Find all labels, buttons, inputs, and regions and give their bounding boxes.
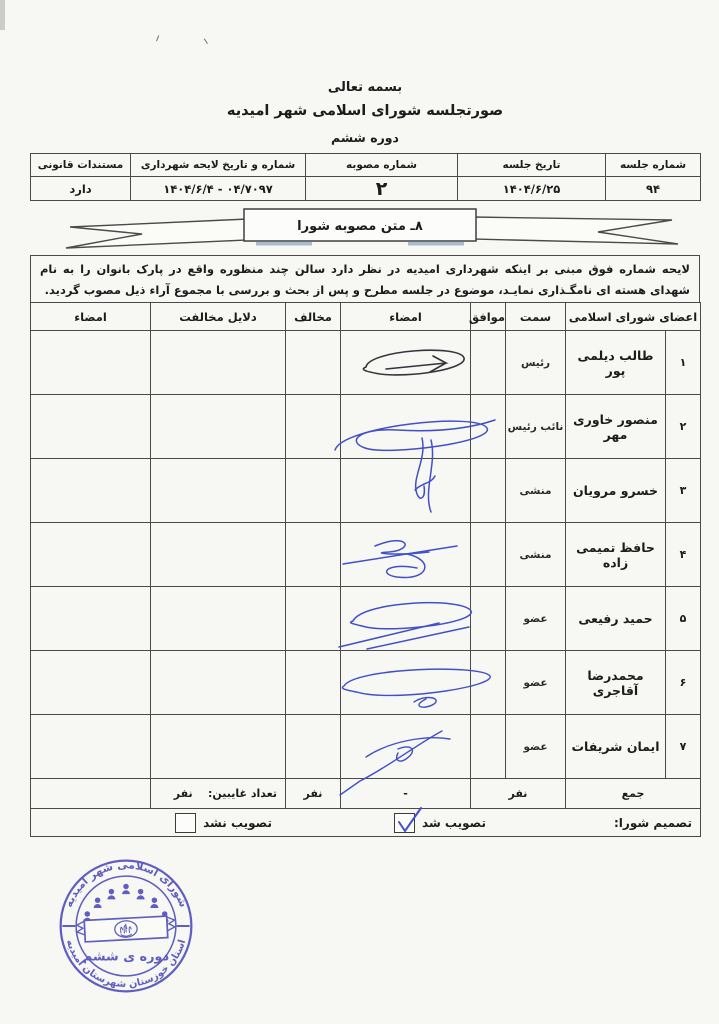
resolution-number-label: شماره مصوبه bbox=[306, 154, 458, 177]
signature-cell bbox=[341, 395, 471, 459]
stamp-graphic: شورای اسلامی شهر امیدیه استان خوزستان شه… bbox=[40, 840, 212, 1012]
document-title: صورتجلسه شورای اسلامی شهر امیدیه bbox=[30, 103, 700, 119]
member-name: خسرو مرویان bbox=[566, 459, 666, 523]
check-mark-icon bbox=[393, 806, 425, 836]
members-votes-table: اعضای شورای اسلامی سمت موافق امضاء مخالف… bbox=[30, 302, 701, 837]
absent-value: نفر bbox=[174, 787, 193, 800]
decision-label: تصمیم شورا: bbox=[614, 816, 692, 830]
member-position: رئیس bbox=[506, 331, 566, 395]
session-info-table: شماره جلسه تاریخ جلسه شماره مصوبه شماره … bbox=[30, 153, 701, 201]
totals-signature-dash: - bbox=[341, 779, 471, 809]
session-number-value: ۹۴ bbox=[606, 177, 701, 201]
disagree-cell bbox=[286, 331, 341, 395]
agree-cell bbox=[471, 587, 506, 651]
ribbon-title: ۸ـ متن مصوبه شورا bbox=[297, 219, 423, 234]
signature2-cell bbox=[31, 715, 151, 779]
row-number: ۲ bbox=[666, 395, 701, 459]
member-row: ۵ حمید رفیعی عضو bbox=[31, 587, 701, 651]
resolution-number-value: ۲ bbox=[306, 177, 458, 201]
signature-row-1 bbox=[338, 335, 488, 393]
ribbon-left-tail bbox=[66, 219, 248, 248]
signature-cell bbox=[341, 523, 471, 587]
signature2-cell bbox=[31, 331, 151, 395]
bismillah-line: بسمه تعالی bbox=[30, 80, 700, 95]
disagree-cell bbox=[286, 587, 341, 651]
approved-label: تصویب شد bbox=[422, 816, 486, 830]
reasons-cell bbox=[151, 715, 286, 779]
member-row: ۳ خسرو مرویان منشی bbox=[31, 459, 701, 523]
agree-cell bbox=[471, 651, 506, 715]
resolution-text: لایحه شماره فوق مبنی بر اینکه شهرداری ام… bbox=[40, 262, 690, 297]
ribbon-right-tail bbox=[472, 217, 678, 244]
disagree-cell bbox=[286, 651, 341, 715]
member-row: ۷ ایمان شریفات عضو bbox=[31, 715, 701, 779]
agree-cell bbox=[471, 459, 506, 523]
pen-mark bbox=[156, 35, 163, 42]
signature-cell bbox=[341, 331, 471, 395]
stamp-term-text: دوره ی ششم bbox=[83, 949, 170, 964]
member-position: منشی bbox=[506, 523, 566, 587]
stamp-flag-banner bbox=[76, 916, 175, 943]
signature2-cell bbox=[31, 651, 151, 715]
member-name: محمدرضا آقاجری bbox=[566, 651, 666, 715]
agree-cell bbox=[471, 715, 506, 779]
decision-row: تصمیم شورا: تصویب شد تصویب نشد bbox=[31, 809, 701, 837]
reasons-cell bbox=[151, 587, 286, 651]
bill-number-date-label: شماره و تاریخ لایحه شهرداری bbox=[131, 154, 306, 177]
agree-cell bbox=[471, 395, 506, 459]
member-row: ۴ حافظ تمیمی زاده منشی bbox=[31, 523, 701, 587]
signature-row-4 bbox=[335, 526, 485, 588]
reasons-cell bbox=[151, 651, 286, 715]
signature-cell bbox=[341, 651, 471, 715]
totals-label: جمع bbox=[566, 779, 701, 809]
reasons-cell bbox=[151, 523, 286, 587]
rejected-checkbox bbox=[175, 813, 196, 833]
signature-cell bbox=[341, 715, 471, 779]
totals-row: جمع نفر - نفر تعداد غایبین: نفر bbox=[31, 779, 701, 809]
member-row: ۲ منصور خاوری مهر نائب رئیس bbox=[31, 395, 701, 459]
disagree-cell bbox=[286, 523, 341, 587]
pen-mark bbox=[204, 36, 212, 44]
member-position: عضو bbox=[506, 715, 566, 779]
legal-docs-value: دارد bbox=[31, 177, 131, 201]
members-header-row: اعضای شورای اسلامی سمت موافق امضاء مخالف… bbox=[31, 303, 701, 331]
member-name: طالب دیلمی پور bbox=[566, 331, 666, 395]
session-number-label: شماره جلسه bbox=[606, 154, 701, 177]
resolution-text-box: لایحه شماره فوق مبنی بر اینکه شهرداری ام… bbox=[30, 255, 700, 303]
totals-empty-cell bbox=[31, 779, 151, 809]
member-row: ۱ طالب دیلمی پور رئیس bbox=[31, 331, 701, 395]
position-col-header: سمت bbox=[506, 303, 566, 331]
session-date-value: ۱۴۰۴/۶/۲۵ bbox=[458, 177, 606, 201]
member-position: عضو bbox=[506, 651, 566, 715]
signature-cell bbox=[341, 587, 471, 651]
ribbon-shadow-left bbox=[256, 242, 312, 246]
member-position: نائب رئیس bbox=[506, 395, 566, 459]
session-date-label: تاریخ جلسه bbox=[458, 154, 606, 177]
disagree-cell bbox=[286, 715, 341, 779]
row-number: ۵ bbox=[666, 587, 701, 651]
reasons-cell bbox=[151, 395, 286, 459]
approved-option: تصویب شد bbox=[394, 813, 486, 833]
row-number: ۳ bbox=[666, 459, 701, 523]
agree-col-header: موافق bbox=[471, 303, 506, 331]
disagree-col-header: مخالف bbox=[286, 303, 341, 331]
disagree-cell bbox=[286, 459, 341, 523]
approved-checkbox bbox=[394, 813, 415, 833]
signature2-col-header: امضاء bbox=[31, 303, 151, 331]
absent-count-cell: تعداد غایبین: نفر bbox=[151, 779, 286, 809]
ribbon-banner-graphic: ۸ـ متن مصوبه شورا bbox=[30, 206, 690, 256]
council-stamp: شورای اسلامی شهر امیدیه استان خوزستان شه… bbox=[40, 840, 212, 1016]
ribbon-shadow-right bbox=[408, 242, 464, 246]
member-name: منصور خاوری مهر bbox=[566, 395, 666, 459]
rejected-option: تصویب نشد bbox=[175, 813, 272, 833]
disagree-cell bbox=[286, 395, 341, 459]
rejected-label: تصویب نشد bbox=[203, 816, 272, 830]
scanned-meeting-minutes-page: { "header": { "bismillah": "بسمه تعالی",… bbox=[0, 0, 719, 1024]
disagree-count: نفر bbox=[286, 779, 341, 809]
agree-count: نفر bbox=[471, 779, 566, 809]
agree-cell bbox=[471, 523, 506, 587]
row-number: ۴ bbox=[666, 523, 701, 587]
member-name: ایمان شریفات bbox=[566, 715, 666, 779]
stamp-top-text: شورای اسلامی شهر امیدیه bbox=[62, 858, 190, 909]
member-name: حافظ تمیمی زاده bbox=[566, 523, 666, 587]
member-name: حمید رفیعی bbox=[566, 587, 666, 651]
agree-cell bbox=[471, 331, 506, 395]
reasons-col-header: دلایل مخالفت bbox=[151, 303, 286, 331]
council-term: دوره ششم bbox=[30, 130, 700, 145]
signature2-cell bbox=[31, 395, 151, 459]
svg-text:شورای اسلامی شهر امیدیه: شورای اسلامی شهر امیدیه bbox=[62, 858, 190, 909]
bill-number-date-value: ۱۴۰۴/۶/۴ - ۰۴/۷۰۹۷ bbox=[131, 177, 306, 201]
signature2-cell bbox=[31, 523, 151, 587]
row-number: ۷ bbox=[666, 715, 701, 779]
signature2-cell bbox=[31, 459, 151, 523]
member-row: ۶ محمدرضا آقاجری عضو bbox=[31, 651, 701, 715]
reasons-cell bbox=[151, 459, 286, 523]
member-position: عضو bbox=[506, 587, 566, 651]
scan-edge-artifact bbox=[0, 0, 5, 30]
row-number: ۶ bbox=[666, 651, 701, 715]
member-position: منشی bbox=[506, 459, 566, 523]
row-number: ۱ bbox=[666, 331, 701, 395]
absent-label: تعداد غایبین: bbox=[208, 787, 277, 800]
reasons-cell bbox=[151, 331, 286, 395]
signature2-cell bbox=[31, 587, 151, 651]
signature-col-header: امضاء bbox=[341, 303, 471, 331]
members-col-header: اعضای شورای اسلامی bbox=[566, 303, 701, 331]
section-ribbon: ۸ـ متن مصوبه شورا bbox=[30, 206, 690, 260]
legal-docs-label: مستندات قانونی bbox=[31, 154, 131, 177]
signature-cell bbox=[341, 459, 471, 523]
